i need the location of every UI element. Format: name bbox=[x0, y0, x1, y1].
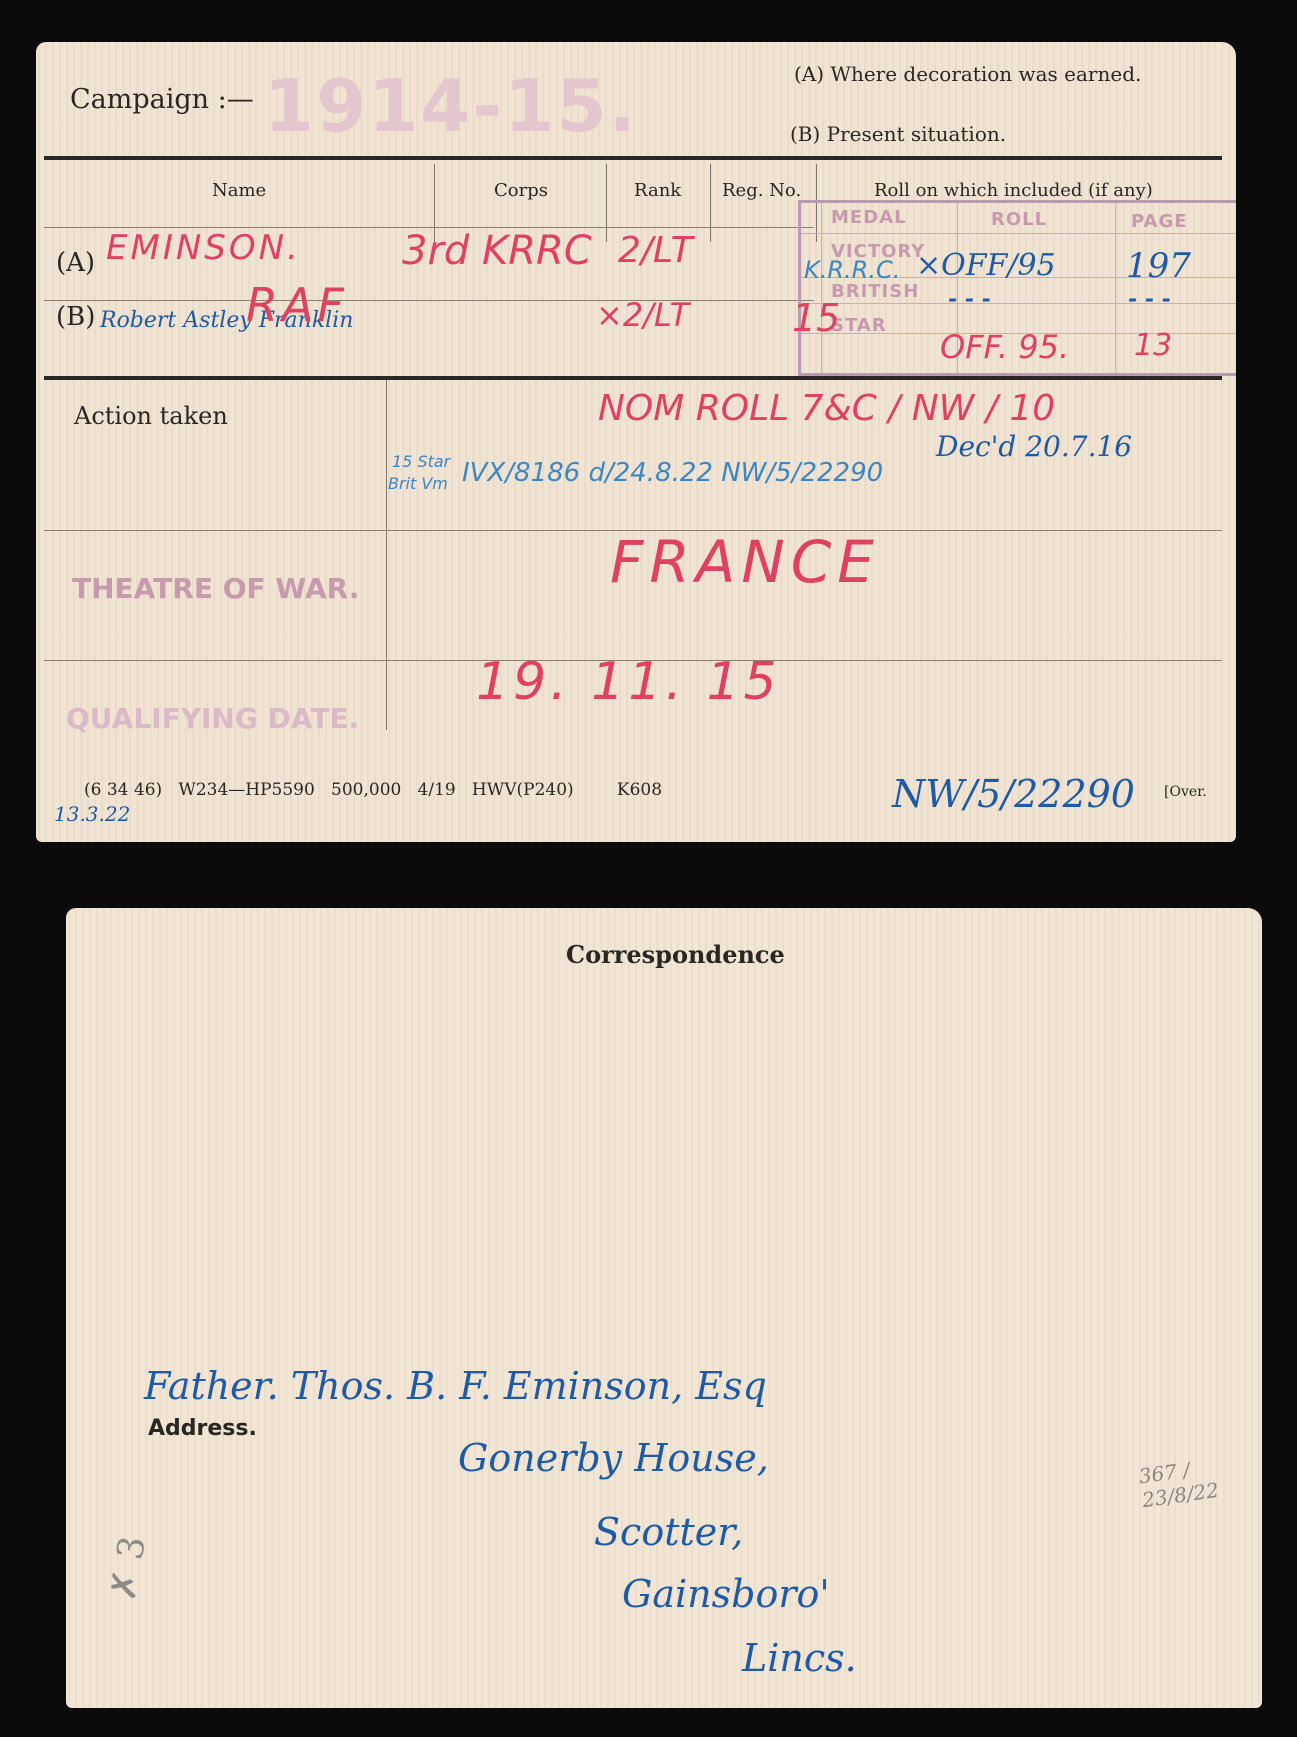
side-note-bottom: Brit Vm bbox=[388, 474, 448, 493]
roll-header: ROLL bbox=[991, 209, 1047, 230]
row-a-marker: (A) bbox=[56, 248, 95, 278]
victory-unit: K.R.R.C. bbox=[804, 256, 900, 284]
row-a-corps: 3rd KRRC bbox=[402, 228, 592, 274]
address-line-2: Gonerby House, bbox=[458, 1436, 769, 1480]
theatre-value: FRANCE bbox=[610, 528, 880, 596]
nom-roll-ref: NOM ROLL 7&C / NW / 10 bbox=[598, 388, 1055, 429]
row-b-corps: RAF bbox=[246, 278, 348, 332]
section-divider bbox=[44, 376, 1222, 380]
divider bbox=[606, 164, 607, 242]
over-label: [Over. bbox=[1164, 784, 1207, 800]
qualifying-date-label: QUALIFYING DATE. bbox=[66, 702, 359, 735]
british-page: - - - bbox=[1128, 286, 1171, 312]
legend-b: (B) Present situation. bbox=[790, 122, 1006, 146]
row-a-rank: 2/LT bbox=[618, 230, 693, 271]
pencil-note: 367 / 23/8/22 bbox=[1137, 1448, 1262, 1513]
header-divider bbox=[44, 156, 1222, 160]
page-header: PAGE bbox=[1131, 211, 1188, 232]
row-a-name: EMINSON. bbox=[106, 228, 301, 268]
row-divider bbox=[44, 300, 814, 301]
side-note-top: 15 Star bbox=[392, 452, 450, 471]
address-line-3: Scotter, bbox=[594, 1510, 743, 1554]
row-b-marker: (B) bbox=[56, 302, 95, 332]
star-roll: OFF. 95. bbox=[940, 328, 1069, 366]
issue-ref: IVX/8186 d/24.8.22 NW/5/22290 bbox=[462, 458, 883, 488]
medal-header: MEDAL bbox=[831, 207, 907, 228]
victory-roll: ×OFF/95 bbox=[916, 248, 1056, 283]
deceased-date: Dec'd 20.7.16 bbox=[936, 430, 1132, 463]
medal-british: BRITISH bbox=[831, 281, 919, 302]
column-roll: Roll on which included (if any) bbox=[874, 180, 1153, 201]
medal-index-card-front: Campaign :— 1914-15. (A) Where decoratio… bbox=[36, 42, 1236, 842]
correspondence-title: Correspondence bbox=[566, 940, 785, 969]
address-label: Address. bbox=[148, 1416, 257, 1441]
address-line-1: Father. Thos. B. F. Eminson, Esq bbox=[144, 1364, 767, 1408]
column-rank: Rank bbox=[634, 180, 681, 201]
footer-date-note: 13.3.22 bbox=[54, 802, 130, 826]
campaign-stamp: 1914-15. bbox=[264, 64, 638, 148]
pencil-initial-mark: ✗ 3 bbox=[102, 1533, 154, 1604]
qualifying-date-value: 19. 11. 15 bbox=[476, 652, 781, 712]
row-b-rank: ×2/LT bbox=[596, 296, 689, 334]
star-unit: 15 bbox=[792, 296, 840, 340]
campaign-label: Campaign :— bbox=[70, 84, 254, 115]
star-page: 13 bbox=[1134, 328, 1172, 363]
left-column-divider bbox=[386, 380, 387, 730]
medal-index-card-back: Correspondence Father. Thos. B. F. Emins… bbox=[66, 908, 1262, 1708]
victory-page: 197 bbox=[1126, 246, 1191, 286]
footer-ref-note: NW/5/22290 bbox=[892, 772, 1135, 816]
legend-a: (A) Where decoration was earned. bbox=[794, 62, 1141, 86]
print-code: (6 34 46) W234—HP5590 500,000 4/19 HWV(P… bbox=[84, 780, 662, 800]
column-reg-no: Reg. No. bbox=[722, 180, 801, 201]
divider bbox=[710, 164, 711, 242]
theatre-label: THEATRE OF WAR. bbox=[72, 572, 359, 605]
column-name: Name bbox=[212, 180, 266, 201]
column-corps: Corps bbox=[494, 180, 548, 201]
british-roll: - - - bbox=[948, 286, 991, 312]
action-taken-label: Action taken bbox=[74, 402, 228, 430]
address-line-4: Gainsboro' bbox=[622, 1572, 830, 1616]
address-line-5: Lincs. bbox=[742, 1636, 857, 1680]
